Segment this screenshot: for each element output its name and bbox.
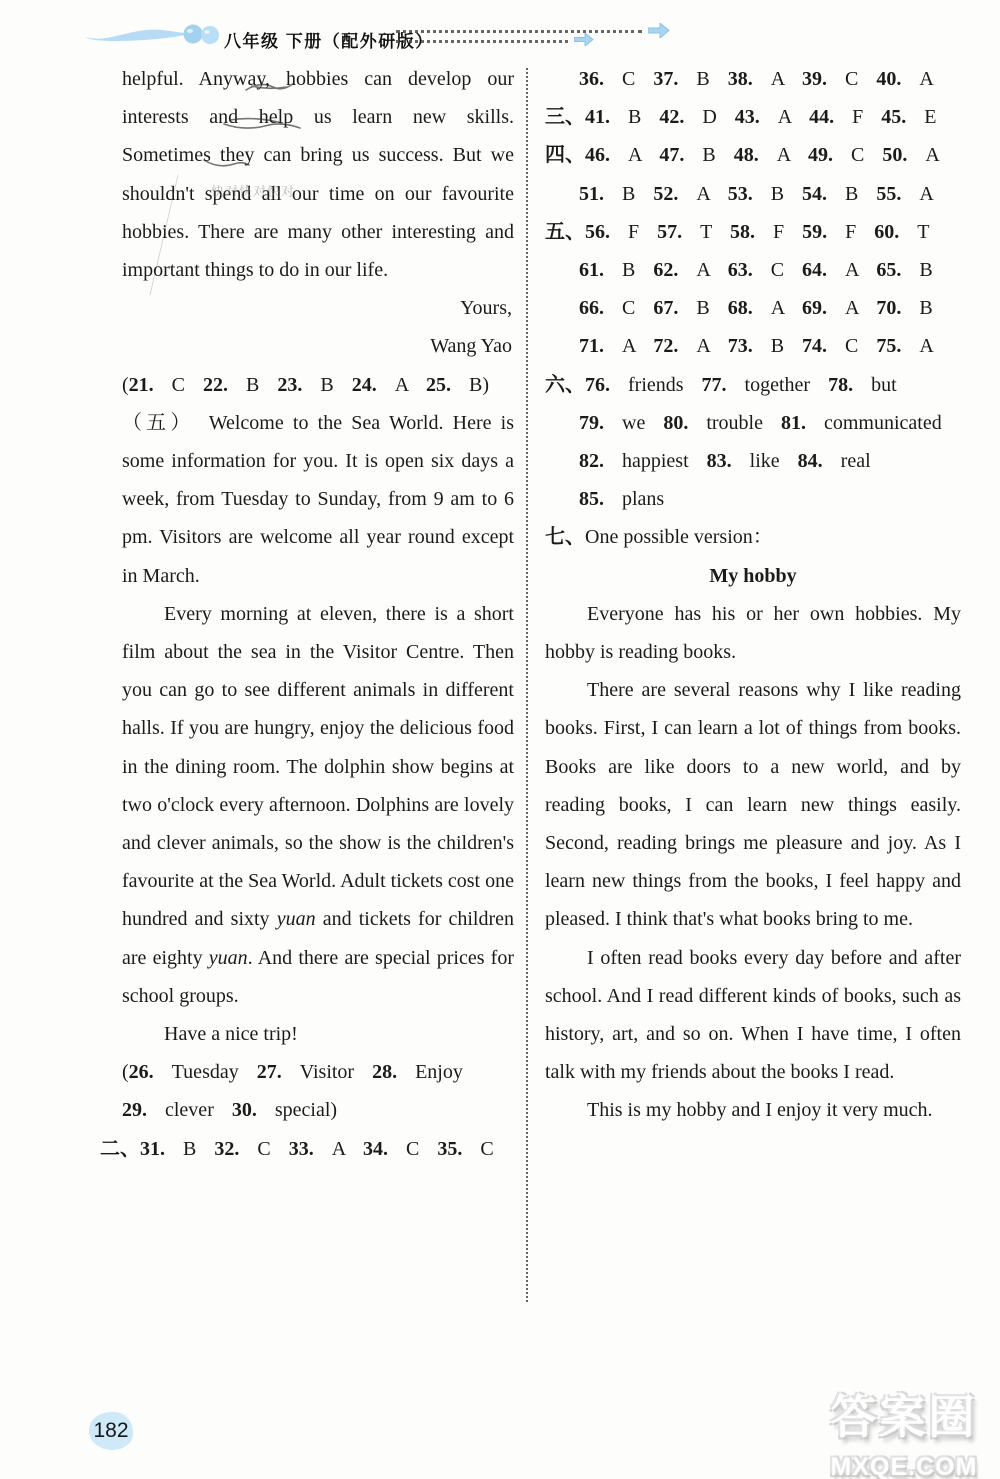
text-paragraph: This is my hobby and I enjoy it very muc…	[545, 1091, 961, 1129]
site-watermark: 答案圈 MXQE.COM	[812, 1381, 996, 1479]
answer-line: 71. A 72. A 73. B 74. C 75. A	[545, 327, 961, 365]
answer-line: 三、41. B 42. D 43. A 44. F 45. E	[545, 98, 961, 136]
header-swoosh-decoration	[84, 20, 226, 50]
page-number-badge: 182	[89, 1412, 133, 1450]
answer-line: 66. C 67. B 68. A 69. A 70. B	[545, 289, 961, 327]
text-paragraph: （五） Welcome to the Sea World. Here is so…	[122, 404, 514, 595]
arrow-right-icon	[574, 33, 594, 46]
answer-line: 61. B 62. A 63. C 64. A 65. B	[545, 251, 961, 289]
column-divider	[526, 68, 528, 1302]
watermark-site: MXQE.COM	[812, 1453, 996, 1479]
answer-line: 六、76. friends 77. together 78. but	[545, 366, 961, 404]
watermark-logo: 答案圈	[812, 1381, 996, 1447]
answer-line: 四、46. A 47. B 48. A 49. C 50. A	[545, 136, 961, 174]
text-paragraph: There are several reasons why I like rea…	[545, 671, 961, 938]
faint-watermark: 快对快对快对	[211, 181, 295, 200]
right-column: 36. C 37. B 38. A 39. C 40. A三、41. B 42.…	[545, 60, 961, 1130]
page-number: 182	[93, 1419, 128, 1442]
answer-line: 51. B 52. A 53. B 54. B 55. A	[545, 175, 961, 213]
text-paragraph: helpful. Anyway, hobbies can develop our…	[122, 60, 514, 289]
answer-line: 79. we 80. trouble 81. communicated	[545, 404, 961, 442]
answer-line: (21. C 22. B 23. B 24. A 25. B)	[122, 366, 514, 404]
text-paragraph: Wang Yao	[122, 327, 514, 365]
answer-line: 82. happiest 83. like 84. real	[545, 442, 961, 480]
answer-key-page: 八年级 下册（配外研版） helpful. Anyway, hobbies ca…	[0, 0, 1000, 1479]
answer-line: 36. C 37. B 38. A 39. C 40. A	[545, 60, 961, 98]
text-paragraph: 七、One possible version：	[545, 518, 961, 556]
answer-line: (26. Tuesday 27. Visitor 28. Enjoy 29. c…	[122, 1053, 514, 1129]
text-paragraph: Everyone has his or her own hobbies. My …	[545, 595, 961, 671]
text-paragraph: My hobby	[545, 557, 961, 595]
text-paragraph: Every morning at eleven, there is a shor…	[122, 595, 514, 1015]
header-dotted-line-bottom	[396, 40, 568, 43]
answer-line: 五、56. F 57. T 58. F 59. F 60. T	[545, 213, 961, 251]
left-column: helpful. Anyway, hobbies can develop our…	[122, 60, 514, 1168]
text-paragraph: I often read books every day before and …	[545, 939, 961, 1092]
text-paragraph: Have a nice trip!	[122, 1015, 514, 1053]
arrow-right-icon	[648, 23, 670, 38]
text-paragraph: Yours,	[122, 289, 514, 327]
answer-line: 85. plans	[545, 480, 961, 518]
answer-line: 二、31. B 32. C 33. A 34. C 35. C	[100, 1130, 514, 1168]
header-dotted-line-top	[396, 30, 642, 33]
